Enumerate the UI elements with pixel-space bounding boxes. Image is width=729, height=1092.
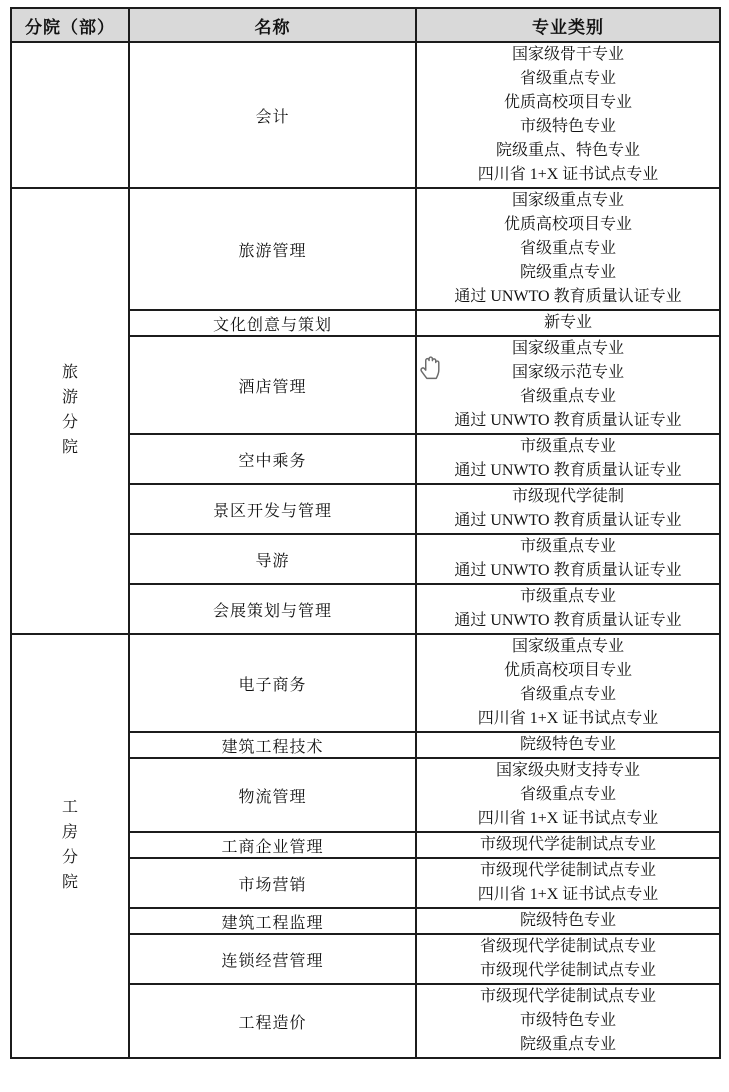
category-line: 市级现代学徒制试点专业 [417,859,719,883]
category-line: 市级现代学徒制试点专业 [417,959,719,983]
category-line: 新专业 [417,311,719,335]
category-cell: 院级特色专业 [416,908,720,934]
category-line: 省级重点专业 [417,783,719,807]
category-cell: 国家级重点专业优质高校项目专业省级重点专业四川省 1+X 证书试点专业 [416,634,720,732]
category-line: 优质高校项目专业 [417,213,719,237]
category-line: 优质高校项目专业 [417,91,719,115]
category-line: 国家级重点专业 [417,337,719,361]
major-name-cell: 工程造价 [129,984,416,1058]
major-name-cell: 市场营销 [129,858,416,908]
table-row: 会计国家级骨干专业省级重点专业优质高校项目专业市级特色专业院级重点、特色专业四川… [11,42,720,188]
category-cell: 市级现代学徒制通过 UNWTO 教育质量认证专业 [416,484,720,534]
category-line: 通过 UNWTO 教育质量认证专业 [417,609,719,633]
category-line: 通过 UNWTO 教育质量认证专业 [417,559,719,583]
category-line: 市级重点专业 [417,535,719,559]
category-line: 市级特色专业 [417,1009,719,1033]
category-line: 四川省 1+X 证书试点专业 [417,807,719,831]
category-cell: 市级现代学徒制试点专业市级特色专业院级重点专业 [416,984,720,1058]
category-line: 市级重点专业 [417,585,719,609]
category-line: 省级重点专业 [417,67,719,91]
category-line: 通过 UNWTO 教育质量认证专业 [417,409,719,433]
category-line: 市级特色专业 [417,115,719,139]
major-name-cell: 酒店管理 [129,336,416,434]
category-line: 国家级骨干专业 [417,43,719,67]
category-line: 国家级示范专业 [417,361,719,385]
major-name-cell: 空中乘务 [129,434,416,484]
category-line: 四川省 1+X 证书试点专业 [417,163,719,187]
header-department: 分院（部） [11,8,129,42]
category-line: 市级现代学徒制试点专业 [417,985,719,1009]
major-name-cell: 文化创意与策划 [129,310,416,336]
category-cell: 国家级重点专业国家级示范专业省级重点专业通过 UNWTO 教育质量认证专业 [416,336,720,434]
major-name-cell: 物流管理 [129,758,416,832]
majors-table: 分院（部） 名称 专业类别 会计国家级骨干专业省级重点专业优质高校项目专业市级特… [10,7,721,1059]
major-name-cell: 建筑工程监理 [129,908,416,934]
category-line: 院级重点专业 [417,1033,719,1057]
category-cell: 院级特色专业 [416,732,720,758]
department-cell: 工房分院 [11,634,129,1058]
table-body: 会计国家级骨干专业省级重点专业优质高校项目专业市级特色专业院级重点、特色专业四川… [11,42,720,1058]
major-name-cell: 电子商务 [129,634,416,732]
department-label: 工房分院 [61,796,79,895]
category-line: 院级重点专业 [417,261,719,285]
category-line: 国家级央财支持专业 [417,759,719,783]
table-row: 旅游分院旅游管理国家级重点专业优质高校项目专业省级重点专业院级重点专业通过 UN… [11,188,720,310]
category-line: 省级重点专业 [417,683,719,707]
category-line: 省级重点专业 [417,237,719,261]
department-label: 旅游分院 [61,361,79,460]
category-line: 通过 UNWTO 教育质量认证专业 [417,459,719,483]
category-line: 国家级重点专业 [417,189,719,213]
major-name-cell: 建筑工程技术 [129,732,416,758]
category-line: 院级重点、特色专业 [417,139,719,163]
category-cell: 市级重点专业通过 UNWTO 教育质量认证专业 [416,434,720,484]
category-cell: 省级现代学徒制试点专业市级现代学徒制试点专业 [416,934,720,984]
category-cell: 市级现代学徒制试点专业 [416,832,720,858]
category-cell: 国家级骨干专业省级重点专业优质高校项目专业市级特色专业院级重点、特色专业四川省 … [416,42,720,188]
document-page: 分院（部） 名称 专业类别 会计国家级骨干专业省级重点专业优质高校项目专业市级特… [0,0,729,1092]
category-line: 院级特色专业 [417,909,719,933]
major-name-cell: 连锁经营管理 [129,934,416,984]
department-cell: 旅游分院 [11,188,129,634]
header-row: 分院（部） 名称 专业类别 [11,8,720,42]
major-name-cell: 会展策划与管理 [129,584,416,634]
category-cell: 市级现代学徒制试点专业四川省 1+X 证书试点专业 [416,858,720,908]
header-name: 名称 [129,8,416,42]
category-line: 优质高校项目专业 [417,659,719,683]
category-line: 通过 UNWTO 教育质量认证专业 [417,509,719,533]
major-name-cell: 景区开发与管理 [129,484,416,534]
major-name-cell: 旅游管理 [129,188,416,310]
category-line: 四川省 1+X 证书试点专业 [417,707,719,731]
category-line: 省级现代学徒制试点专业 [417,935,719,959]
category-cell: 市级重点专业通过 UNWTO 教育质量认证专业 [416,534,720,584]
major-name-cell: 导游 [129,534,416,584]
category-cell: 新专业 [416,310,720,336]
category-line: 院级特色专业 [417,733,719,757]
category-line: 市级现代学徒制 [417,485,719,509]
category-line: 市级现代学徒制试点专业 [417,833,719,857]
table-row: 工房分院电子商务国家级重点专业优质高校项目专业省级重点专业四川省 1+X 证书试… [11,634,720,732]
header-category: 专业类别 [416,8,720,42]
major-name-cell: 会计 [129,42,416,188]
major-name-cell: 工商企业管理 [129,832,416,858]
category-line: 通过 UNWTO 教育质量认证专业 [417,285,719,309]
category-cell: 市级重点专业通过 UNWTO 教育质量认证专业 [416,584,720,634]
category-line: 省级重点专业 [417,385,719,409]
category-line: 市级重点专业 [417,435,719,459]
category-cell: 国家级重点专业优质高校项目专业省级重点专业院级重点专业通过 UNWTO 教育质量… [416,188,720,310]
category-line: 国家级重点专业 [417,635,719,659]
category-line: 四川省 1+X 证书试点专业 [417,883,719,907]
department-cell [11,42,129,188]
category-cell: 国家级央财支持专业省级重点专业四川省 1+X 证书试点专业 [416,758,720,832]
